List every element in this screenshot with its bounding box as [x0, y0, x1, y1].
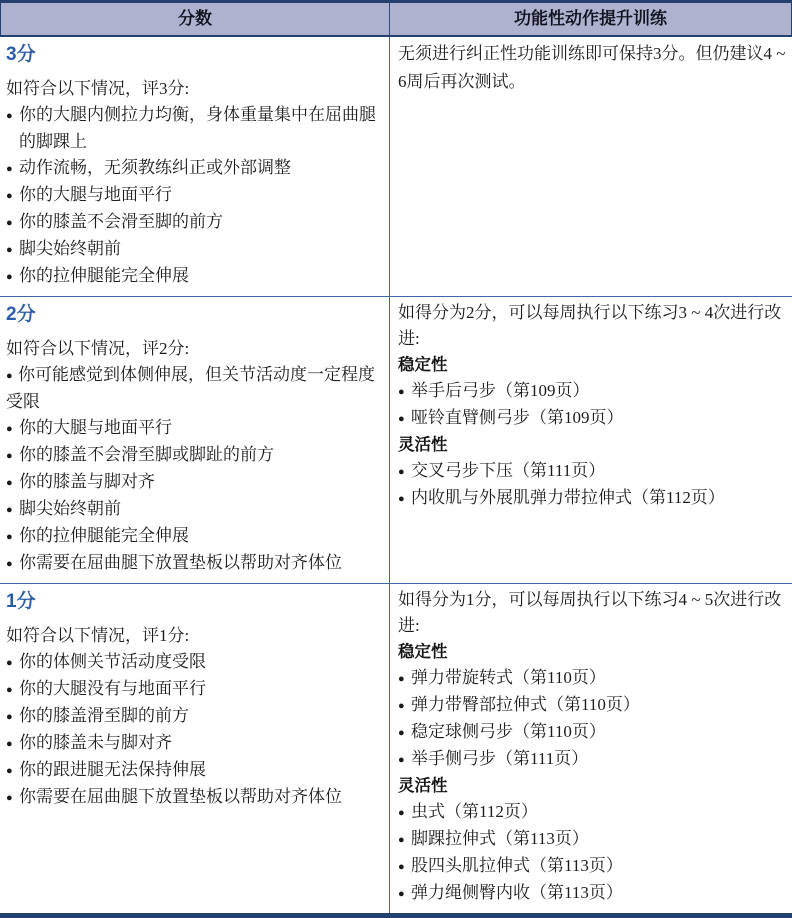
list-item: ●你的大腿与地面平行	[6, 182, 387, 209]
bullet-icon: ●	[398, 486, 411, 512]
list-item: ●脚尖始终朝前	[6, 236, 387, 263]
list-item: ●你的大腿内侧拉力均衡，身体重量集中在屈曲腿的脚踝上	[6, 102, 387, 155]
list-item: ●你的膝盖不会滑至脚的前方	[6, 209, 387, 236]
bullet-icon: ●	[6, 416, 19, 442]
list-item: ●你的大腿与地面平行	[6, 415, 387, 442]
score-1-intro: 如符合以下情况，评1分:	[6, 623, 387, 649]
criterion-text: 你的大腿与地面平行	[19, 185, 172, 204]
table-row-score-3: 3分 如符合以下情况，评3分: ●你的大腿内侧拉力均衡，身体重量集中在屈曲腿的脚…	[0, 37, 792, 297]
criterion-text: 你的跟进腿无法保持伸展	[19, 760, 206, 779]
bullet-icon: ●	[6, 677, 19, 703]
bullet-icon: ●	[6, 183, 19, 209]
list-item: ●脚踝拉伸式（第113页）	[398, 826, 788, 853]
bullet-icon: ●	[398, 854, 411, 880]
list-item: ●哑铃直臂侧弓步（第109页）	[398, 405, 788, 432]
exercise-text: 举手后弓步（第109页）	[411, 381, 590, 400]
stability-group-label: 稳定性	[398, 352, 788, 378]
criterion-text: 你的体侧关节活动度受限	[19, 652, 206, 671]
bullet-icon: ●	[398, 379, 411, 405]
exercise-text: 虫式（第112页）	[411, 802, 538, 821]
criterion-text: 你需要在屈曲腿下放置垫板以帮助对齐体位	[19, 553, 342, 572]
list-item: ●你的膝盖未与脚对齐	[6, 730, 387, 757]
stability-group-label: 稳定性	[398, 639, 788, 665]
criterion-text: 动作流畅，无须教练纠正或外部调整	[19, 158, 291, 177]
score-1-title: 1分	[6, 589, 387, 615]
score-2-criteria-cell: 2分 如符合以下情况，评2分: ●你可能感觉到体侧伸展，但关节活动度一定程度受限…	[0, 297, 390, 583]
score-2-training-intro: 如得分为2分，可以每周执行以下练习3 ~ 4次进行改进:	[398, 300, 788, 352]
table-row-score-1: 1分 如符合以下情况，评1分: ●你的体侧关节活动度受限 ●你的大腿没有与地面平…	[0, 584, 792, 913]
assessment-score-page: 分数 功能性动作提升训练 3分 如符合以下情况，评3分: ●你的大腿内侧拉力均衡…	[0, 0, 792, 907]
bullet-icon: ●	[398, 800, 411, 826]
score-1-training-cell: 如得分为1分，可以每周执行以下练习4 ~ 5次进行改进: 稳定性 ●弹力带旋转式…	[390, 584, 792, 913]
list-item: ●稳定球侧弓步（第110页）	[398, 719, 788, 746]
exercise-text: 稳定球侧弓步（第110页）	[411, 722, 606, 741]
score-3-training-note: 无须进行纠正性功能训练即可保持3分。但仍建议4 ~ 6周后再次测试。	[398, 40, 788, 96]
list-item: ●你可能感觉到体侧伸展，但关节活动度一定程度受限	[6, 362, 387, 415]
bullet-icon: ●	[6, 156, 19, 182]
exercise-text: 弹力绳侧臀内收（第113页）	[411, 883, 623, 902]
criterion-text: 你的膝盖与脚对齐	[19, 472, 155, 491]
score-2-intro: 如符合以下情况，评2分:	[6, 336, 387, 362]
bullet-icon: ●	[6, 103, 19, 129]
list-item: ●你需要在屈曲腿下放置垫板以帮助对齐体位	[6, 550, 387, 577]
table-header-row: 分数 功能性动作提升训练	[0, 3, 792, 37]
mobility-group-label: 灵活性	[398, 432, 788, 458]
criterion-text: 你的膝盖滑至脚的前方	[19, 706, 189, 725]
criterion-text: 你的大腿与地面平行	[19, 418, 172, 437]
exercise-text: 举手侧弓步（第111页）	[411, 749, 588, 768]
list-item: ●你的跟进腿无法保持伸展	[6, 757, 387, 784]
bullet-icon: ●	[398, 666, 411, 692]
exercise-text: 哑铃直臂侧弓步（第109页）	[411, 408, 624, 427]
bullet-icon: ●	[398, 693, 411, 719]
score-3-intro: 如符合以下情况，评3分:	[6, 76, 387, 102]
criterion-text: 你的大腿内侧拉力均衡，身体重量集中在屈曲腿的脚踝上	[19, 105, 376, 151]
bullet-icon: ●	[6, 497, 19, 523]
list-item: ●弹力带旋转式（第110页）	[398, 665, 788, 692]
list-item: ●弹力绳侧臀内收（第113页）	[398, 880, 788, 907]
criterion-text: 脚尖始终朝前	[19, 239, 121, 258]
list-item: ●你的膝盖不会滑至脚或脚趾的前方	[6, 442, 387, 469]
score-1-training-intro: 如得分为1分，可以每周执行以下练习4 ~ 5次进行改进:	[398, 587, 788, 639]
score-2-training-cell: 如得分为2分，可以每周执行以下练习3 ~ 4次进行改进: 稳定性 ●举手后弓步（…	[390, 297, 792, 583]
bullet-icon: ●	[6, 704, 19, 730]
list-item: ●股四头肌拉伸式（第113页）	[398, 853, 788, 880]
bullet-icon: ●	[398, 459, 411, 485]
exercise-text: 内收肌与外展肌弹力带拉伸式（第112页）	[411, 488, 725, 507]
bullet-icon: ●	[398, 827, 411, 853]
bullet-icon: ●	[6, 785, 19, 811]
list-item: ●交叉弓步下压（第111页）	[398, 458, 788, 485]
bullet-icon: ●	[6, 363, 18, 389]
bullet-icon: ●	[6, 524, 19, 550]
exercise-text: 弹力带臀部拉伸式（第110页）	[411, 695, 640, 714]
list-item: ●内收肌与外展肌弹力带拉伸式（第112页）	[398, 485, 788, 512]
exercise-text: 脚踝拉伸式（第113页）	[411, 829, 589, 848]
bullet-icon: ●	[6, 237, 19, 263]
bullet-icon: ●	[6, 264, 19, 290]
list-item: ●你的拉伸腿能完全伸展	[6, 523, 387, 550]
score-table: 分数 功能性动作提升训练 3分 如符合以下情况，评3分: ●你的大腿内侧拉力均衡…	[0, 0, 792, 918]
criterion-text: 你可能感觉到体侧伸展，但关节活动度一定程度受限	[6, 365, 375, 411]
bullet-icon: ●	[6, 758, 19, 784]
header-training-column: 功能性动作提升训练	[390, 3, 791, 35]
table-row-score-2: 2分 如符合以下情况，评2分: ●你可能感觉到体侧伸展，但关节活动度一定程度受限…	[0, 297, 792, 584]
list-item: ●你需要在屈曲腿下放置垫板以帮助对齐体位	[6, 784, 387, 811]
exercise-text: 交叉弓步下压（第111页）	[411, 461, 605, 480]
bullet-icon: ●	[398, 747, 411, 773]
bullet-icon: ●	[398, 881, 411, 907]
header-score-column: 分数	[1, 3, 390, 35]
list-item: ●你的膝盖滑至脚的前方	[6, 703, 387, 730]
bullet-icon: ●	[6, 470, 19, 496]
bullet-icon: ●	[398, 406, 411, 432]
bullet-icon: ●	[6, 551, 19, 577]
exercise-text: 股四头肌拉伸式（第113页）	[411, 856, 623, 875]
score-1-criteria-cell: 1分 如符合以下情况，评1分: ●你的体侧关节活动度受限 ●你的大腿没有与地面平…	[0, 584, 390, 913]
criterion-text: 你需要在屈曲腿下放置垫板以帮助对齐体位	[19, 787, 342, 806]
criterion-text: 你的拉伸腿能完全伸展	[19, 266, 189, 285]
criterion-text: 你的膝盖不会滑至脚或脚趾的前方	[19, 445, 274, 464]
list-item: ●虫式（第112页）	[398, 799, 788, 826]
bullet-icon: ●	[398, 720, 411, 746]
list-item: ●你的大腿没有与地面平行	[6, 676, 387, 703]
list-item: ●你的拉伸腿能完全伸展	[6, 263, 387, 290]
score-2-title: 2分	[6, 302, 387, 328]
score-3-title: 3分	[6, 42, 387, 68]
list-item: ●脚尖始终朝前	[6, 496, 387, 523]
score-3-criteria-cell: 3分 如符合以下情况，评3分: ●你的大腿内侧拉力均衡，身体重量集中在屈曲腿的脚…	[0, 37, 390, 296]
criterion-text: 你的膝盖不会滑至脚的前方	[19, 212, 223, 231]
criterion-text: 你的拉伸腿能完全伸展	[19, 526, 189, 545]
list-item: ●弹力带臀部拉伸式（第110页）	[398, 692, 788, 719]
criterion-text: 脚尖始终朝前	[19, 499, 121, 518]
list-item: ●你的体侧关节活动度受限	[6, 649, 387, 676]
list-item: ●动作流畅，无须教练纠正或外部调整	[6, 155, 387, 182]
mobility-group-label: 灵活性	[398, 773, 788, 799]
list-item: ●举手侧弓步（第111页）	[398, 746, 788, 773]
list-item: ●举手后弓步（第109页）	[398, 378, 788, 405]
bullet-icon: ●	[6, 650, 19, 676]
bullet-icon: ●	[6, 210, 19, 236]
exercise-text: 弹力带旋转式（第110页）	[411, 668, 606, 687]
bullet-icon: ●	[6, 731, 19, 757]
criterion-text: 你的膝盖未与脚对齐	[19, 733, 172, 752]
score-3-training-cell: 无须进行纠正性功能训练即可保持3分。但仍建议4 ~ 6周后再次测试。	[390, 37, 792, 296]
list-item: ●你的膝盖与脚对齐	[6, 469, 387, 496]
criterion-text: 你的大腿没有与地面平行	[19, 679, 206, 698]
bullet-icon: ●	[6, 443, 19, 469]
